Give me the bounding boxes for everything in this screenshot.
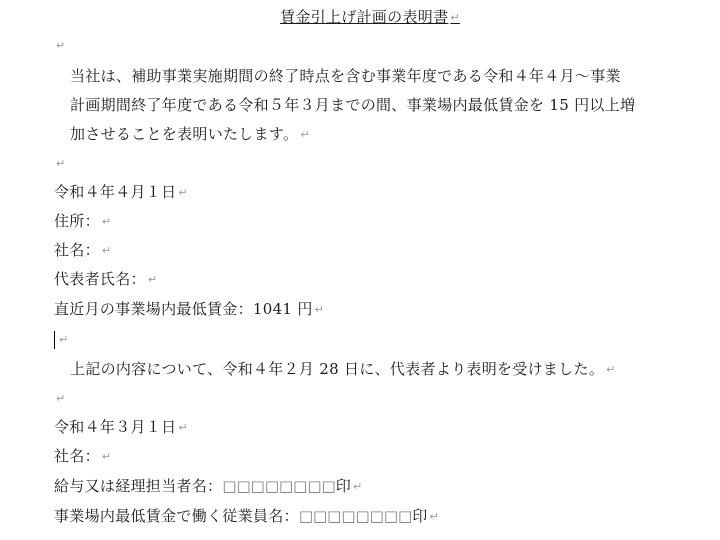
representative-label: 代表者氏名： (54, 270, 146, 288)
declaration-text: 加させることを表明いたします。 (70, 125, 298, 143)
seal-mark: 印 (336, 477, 351, 495)
title-text: 賃金引上げ計画の表明書 (280, 8, 448, 26)
min-wage-text: 直近月の事業場内最低賃金：1041 円 (54, 300, 313, 318)
empty-paragraph: ↵ (54, 153, 66, 174)
representative-field[interactable]: 代表者氏名：↵ (54, 269, 157, 290)
paragraph-mark-icon: ↵ (148, 273, 158, 286)
paragraph-mark-icon: ↵ (450, 11, 460, 24)
employee-field[interactable]: 事業場内最低賃金で働く従業員名：□□□□□□□□印↵ (54, 506, 439, 527)
company-date: 令和４年４月１日↵ (54, 182, 188, 203)
company-name-field[interactable]: 社名：↵ (54, 240, 111, 261)
declaration-text: 計画期間終了年度である令和５年３月までの間、事業場内最低賃金を 15 円以上増 (70, 96, 635, 114)
payroll-label: 給与又は経理担当者名： (54, 477, 222, 495)
confirmation-line: 上記の内容について、令和４年２月 28 日に、代表者より表明を受けました。↵ (70, 359, 616, 380)
address-field[interactable]: 住所：↵ (54, 211, 111, 232)
payroll-staff-field[interactable]: 給与又は経理担当者名：□□□□□□□□印↵ (54, 476, 363, 497)
empty-paragraph: ↵ (57, 329, 69, 350)
paragraph-mark-icon: ↵ (102, 244, 112, 257)
paragraph-mark-icon: ↵ (178, 421, 188, 434)
address-label: 住所： (54, 212, 100, 230)
text-cursor (54, 331, 55, 349)
staff-company-name-field[interactable]: 社名：↵ (54, 446, 111, 467)
date-text: 令和４年３月１日 (54, 418, 176, 436)
employee-name-boxes[interactable]: □□□□□□□□ (299, 507, 412, 525)
paragraph-mark-icon: ↵ (606, 363, 616, 376)
confirmation-text: 上記の内容について、令和４年２月 28 日に、代表者より表明を受けました。 (70, 360, 604, 378)
company-name-label: 社名： (54, 241, 100, 259)
document-title: 賃金引上げ計画の表明書↵ (0, 7, 720, 28)
paragraph-mark-icon: ↵ (430, 510, 440, 523)
paragraph-mark-icon: ↵ (178, 186, 188, 199)
paragraph-mark-icon: ↵ (56, 392, 66, 405)
paragraph-mark-icon: ↵ (59, 333, 69, 346)
employee-label: 事業場内最低賃金で働く従業員名： (54, 507, 299, 525)
paragraph-mark-icon: ↵ (353, 480, 363, 493)
paragraph-mark-icon: ↵ (56, 157, 66, 170)
min-wage-line: 直近月の事業場内最低賃金：1041 円↵ (54, 299, 324, 320)
staff-date: 令和４年３月１日↵ (54, 417, 188, 438)
seal-mark: 印 (412, 507, 427, 525)
declaration-line-1: 当社は、補助事業実施期間の終了時点を含む事業年度である令和４年４月～事業 (70, 66, 621, 86)
empty-paragraph: ↵ (54, 35, 66, 56)
declaration-line-2: 計画期間終了年度である令和５年３月までの間、事業場内最低賃金を 15 円以上増 (70, 95, 635, 115)
paragraph-mark-icon: ↵ (300, 128, 310, 141)
paragraph-mark-icon: ↵ (102, 450, 112, 463)
empty-paragraph: ↵ (54, 388, 66, 409)
company-name-label: 社名： (54, 447, 100, 465)
paragraph-mark-icon: ↵ (56, 39, 66, 52)
paragraph-mark-icon: ↵ (102, 215, 112, 228)
payroll-name-boxes[interactable]: □□□□□□□□ (222, 477, 335, 495)
declaration-line-3: 加させることを表明いたします。↵ (70, 124, 310, 145)
declaration-text: 当社は、補助事業実施期間の終了時点を含む事業年度である令和４年４月～事業 (70, 67, 621, 85)
paragraph-mark-icon: ↵ (315, 303, 325, 316)
date-text: 令和４年４月１日 (54, 183, 176, 201)
